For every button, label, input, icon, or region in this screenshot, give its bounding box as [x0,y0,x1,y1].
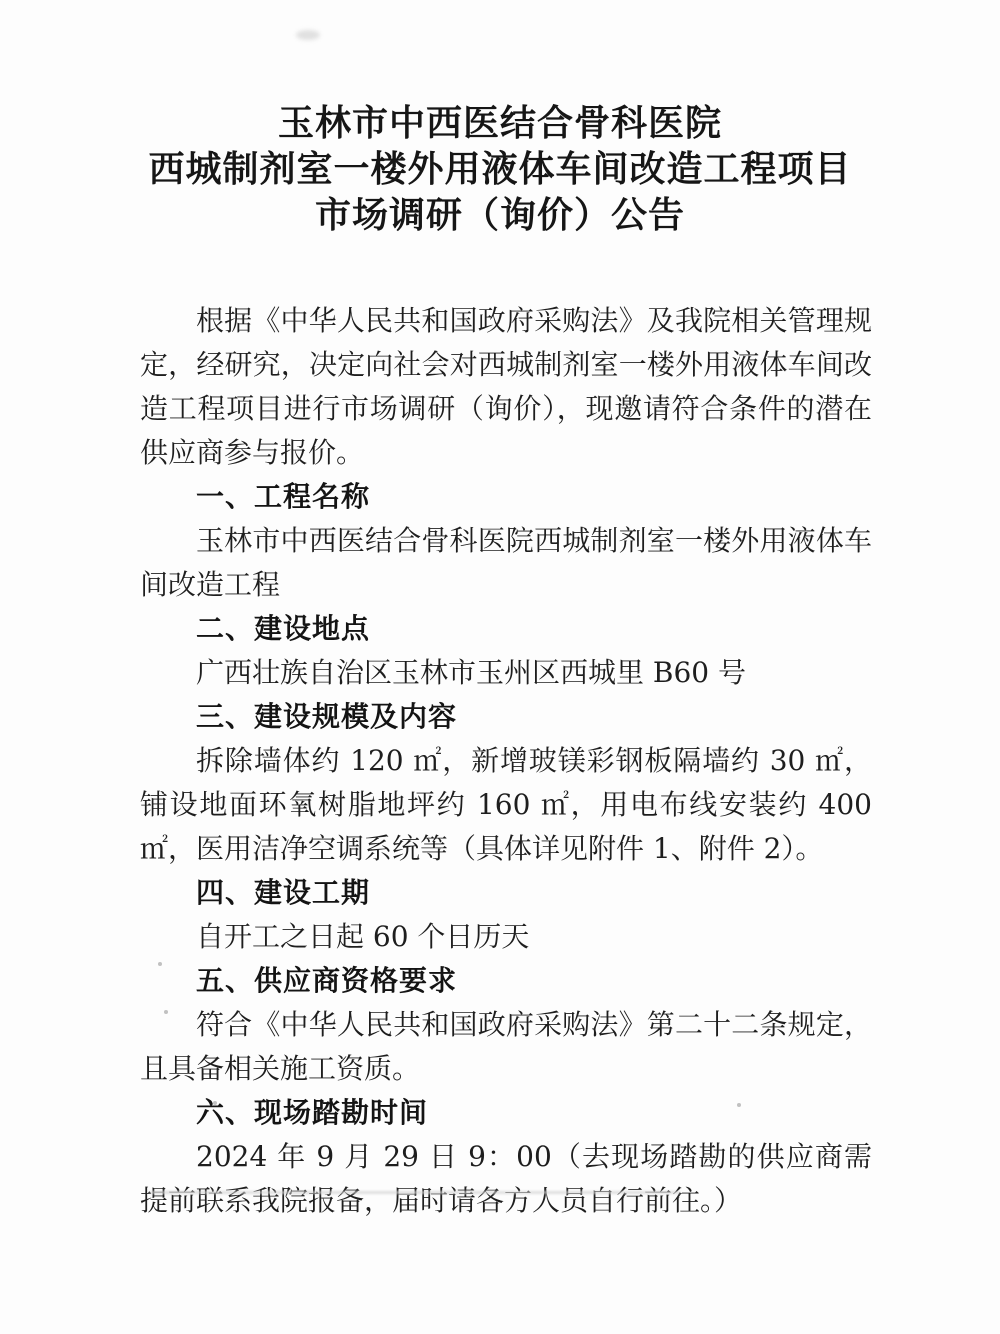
section-heading-6: 六、现场踏勘时间 [140,1091,872,1135]
document-body: 根据《中华人民共和国政府采购法》及我院相关管理规定，经研究，决定向社会对西城制剂… [140,299,872,1223]
section-heading-5: 五、供应商资格要求 [140,959,872,1003]
title-line-hospital: 玉林市中西医结合骨科医院 [60,100,940,146]
scanned-notice-page: 玉林市中西医结合骨科医院 西城制剂室一楼外用液体车间改造工程项目 市场调研（询价… [0,0,1000,1334]
section-body-3: 拆除墙体约 120 ㎡，新增玻镁彩钢板隔墙约 30 ㎡，铺设地面环氧树脂地坪约 … [140,739,872,871]
section-qualification: 五、供应商资格要求 符合《中华人民共和国政府采购法》第二十二条规定，且具备相关施… [140,959,872,1091]
section-heading-3: 三、建设规模及内容 [140,695,872,739]
scan-artifact [296,30,320,40]
section-heading-2: 二、建设地点 [140,607,872,651]
section-site-visit: 六、现场踏勘时间 2024 年 9 月 29 日 9：00（去现场踏勘的供应商需… [140,1091,872,1223]
section-body-1: 玉林市中西医结合骨科医院西城制剂室一楼外用液体车间改造工程 [140,519,872,607]
section-project-name: 一、工程名称 玉林市中西医结合骨科医院西城制剂室一楼外用液体车间改造工程 [140,475,872,607]
section-body-5: 符合《中华人民共和国政府采购法》第二十二条规定，且具备相关施工资质。 [140,1003,872,1091]
section-heading-1: 一、工程名称 [140,475,872,519]
section-heading-4: 四、建设工期 [140,871,872,915]
section-body-6: 2024 年 9 月 29 日 9：00（去现场踏勘的供应商需提前联系我院报备，… [140,1135,872,1223]
section-body-2: 广西壮族自治区玉林市玉州区西城里 B60 号 [140,651,872,695]
section-scope: 三、建设规模及内容 拆除墙体约 120 ㎡，新增玻镁彩钢板隔墙约 30 ㎡，铺设… [140,695,872,871]
document-title: 玉林市中西医结合骨科医院 西城制剂室一楼外用液体车间改造工程项目 市场调研（询价… [60,100,940,238]
intro-paragraph: 根据《中华人民共和国政府采购法》及我院相关管理规定，经研究，决定向社会对西城制剂… [140,299,872,475]
section-location: 二、建设地点 广西壮族自治区玉林市玉州区西城里 B60 号 [140,607,872,695]
section-duration: 四、建设工期 自开工之日起 60 个日历天 [140,871,872,959]
title-line-notice-type: 市场调研（询价）公告 [60,192,940,238]
section-body-4: 自开工之日起 60 个日历天 [140,915,872,959]
title-line-project: 西城制剂室一楼外用液体车间改造工程项目 [60,146,940,192]
